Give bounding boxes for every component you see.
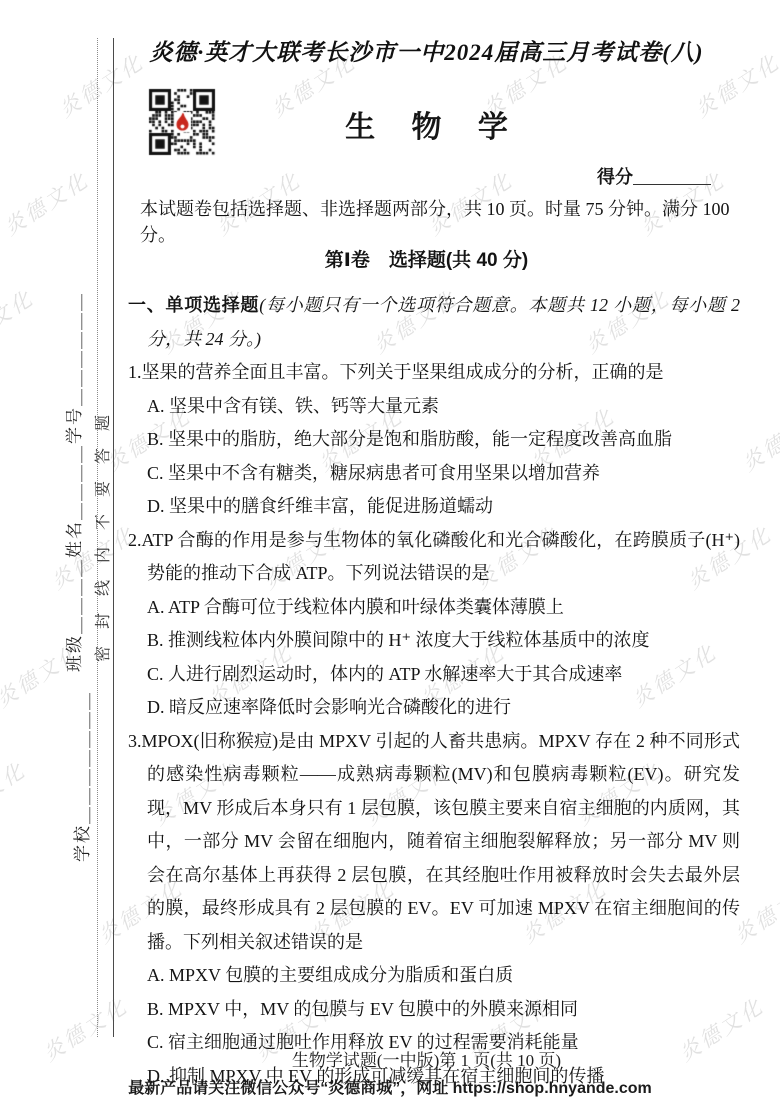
score-blank-line (633, 183, 711, 185)
option-b: B. MPXV 中，MV 的包膜与 EV 包膜中的外膜来源相同 (147, 993, 740, 1027)
option-a: A. 坚果中含有镁、铁、钙等大量元素 (147, 390, 740, 424)
page-number-footer: 生物学试题(一中版)第 1 页(共 10 页) (113, 1046, 740, 1071)
question-3: 3.MPOX(旧称猴痘)是由 MPXV 引起的人畜共患病。MPXV 存在 2 种… (128, 725, 740, 1094)
part-heading: 一、单项选择题(每小题只有一个选项符合题意。本题共 12 小题，每小题 2 分，… (128, 289, 740, 356)
option-c: C. 人进行剧烈运动时，体内的 ATP 水解速率大于其合成速率 (147, 658, 740, 692)
question-stem: 2.ATP 合酶的作用是参与生物体的氧化磷酸化和光合磷酸化，在跨膜质子(H⁺)势… (128, 524, 740, 591)
promo-footer: 最新产品请关注微信公众号“炎德商城”，网址 https://shop.hnyan… (0, 1075, 780, 1098)
question-number: 3. (128, 731, 142, 751)
option-b: B. 坚果中的脂肪，绝大部分是饱和脂肪酸，能一定程度改善高血脂 (147, 423, 740, 457)
question-stem-text: MPOX(旧称猴痘)是由 MPXV 引起的人畜共患病。MPXV 存在 2 种不同… (142, 731, 741, 952)
brand-watermark: 炎德文化 (45, 518, 142, 595)
brand-watermark: 炎德文化 (0, 164, 94, 241)
question-stem-text: ATP 合酶的作用是参与生物体的氧化磷酸化和光合磷酸化，在跨膜质子(H⁺)势能的… (142, 530, 741, 584)
question-stem: 3.MPOX(旧称猴痘)是由 MPXV 引起的人畜共患病。MPXV 存在 2 种… (128, 725, 740, 960)
student-info-fields: 班级＿＿＿＿姓名＿＿＿＿学号＿＿＿＿＿＿ (66, 292, 84, 672)
content-border-line (113, 38, 114, 1037)
brand-watermark: 炎德文化 (0, 754, 31, 831)
brand-watermark: 炎德文化 (0, 282, 39, 359)
exam-paper-page: 炎德文化炎德文化炎德文化炎德文化炎德文化炎德文化炎德文化炎德文化炎德文化炎德文化… (0, 0, 780, 1098)
option-a: A. ATP 合酶可位于线粒体内膜和叶绿体类囊体薄膜上 (147, 591, 740, 625)
option-c: C. 坚果中不含有糖类，糖尿病患者可食用坚果以增加营养 (147, 457, 740, 491)
exam-instructions: 本试题卷包括选择题、非选择题两部分，共 10 页。时量 75 分钟。满分 100… (140, 196, 745, 248)
question-stem-text: 坚果的营养全面且丰富。下列关于坚果组成成分的分析，正确的是 (142, 362, 664, 382)
brand-watermark: 炎德文化 (736, 400, 780, 477)
option-d: D. 坚果中的膳食纤维丰富，能促进肠道蠕动 (147, 490, 740, 524)
section-title: 第Ⅰ卷 选择题(共 40 分) (113, 245, 740, 272)
seal-notice-text: 密封线内不要答题 (95, 398, 113, 662)
option-d: D. 暗反应速率降低时会影响光合磷酸化的进行 (147, 691, 740, 725)
school-field: 学校＿＿＿＿＿＿＿ (74, 691, 92, 862)
option-b: B. 推测线粒体内外膜间隙中的 H⁺ 浓度大于线粒体基质中的浓度 (147, 624, 740, 658)
option-a: A. MPXV 包膜的主要组成成分为脂质和蛋白质 (147, 959, 740, 993)
question-stem: 1.坚果的营养全面且丰富。下列关于坚果组成成分的分析，正确的是 (128, 356, 740, 390)
subject-title: 生 物 学 (113, 102, 740, 146)
score-field: 得分 (597, 163, 711, 189)
exam-series-title: 炎德·英才大联考长沙市一中2024届高三月考试卷(八) (113, 34, 740, 67)
part-heading-label: 一、单项选择题 (128, 295, 259, 315)
question-1: 1.坚果的营养全面且丰富。下列关于坚果组成成分的分析，正确的是 A. 坚果中含有… (128, 356, 740, 524)
question-body: 一、单项选择题(每小题只有一个选项符合题意。本题共 12 小题，每小题 2 分，… (128, 289, 740, 1093)
score-label: 得分 (597, 167, 633, 187)
question-number: 1. (128, 362, 142, 382)
question-number: 2. (128, 530, 142, 550)
question-2: 2.ATP 合酶的作用是参与生物体的氧化磷酸化和光合磷酸化，在跨膜质子(H⁺)势… (128, 524, 740, 725)
